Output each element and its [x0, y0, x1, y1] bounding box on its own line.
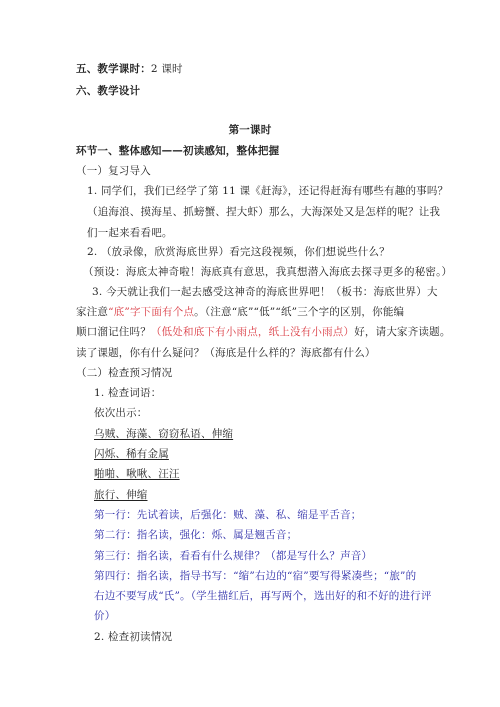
- note-row-2: 第二行：指名读，强化：烁、属是翘舌音；: [94, 528, 297, 542]
- lesson-title: 第一课时: [0, 123, 500, 137]
- paragraph-1-line-3: 们一起来看看吧。: [87, 226, 173, 240]
- note-row-5: 右边不要写成“氏”。（学生描红后，再写两个，选出好的和不好的进行评: [94, 589, 432, 603]
- word-row-1: 乌贼、海藻、窃窃私语、伸缩: [94, 427, 233, 441]
- note-row-3: 第三行：指名读，看看有什么规律？（都是写什么？声音）: [94, 549, 372, 563]
- paragraph-3-line-2: 家注意“底”字下面有个点。（注意“底”“低”“纸”三个字的区别，你能编: [76, 305, 404, 319]
- highlight-red: （低处和底下有小雨点，纸上没有小雨点）: [151, 326, 354, 338]
- part-2-heading: （二）检查预习情况: [76, 366, 172, 380]
- text: 家注意: [76, 306, 108, 318]
- section-6-heading: 六、教学设计: [76, 84, 140, 98]
- note-row-1: 第一行：先试着读，后强化：贼、藻、私、缩是平舌音；: [94, 508, 362, 522]
- paragraph-1-line-1: 1. 同学们，我们已经学了第 11 课《赶海》，还记得赶海有哪些有趣的事吗？: [87, 184, 448, 198]
- paragraph-3-line-1: 3. 今天就让我们一起去感受这神奇的海底世界吧！（板书：海底世界）大: [92, 285, 438, 299]
- item-2-check-reading: 2. 检查初读情况: [94, 630, 172, 644]
- note-row-6: 价）: [94, 609, 115, 623]
- note-row-4: 第四行：指名读，指导书写：“缩”右边的“宿”要写得紧凑些；“旅”的: [94, 569, 416, 583]
- text: 好，请大家齐读题。: [354, 326, 450, 338]
- paragraph-2-line-1: 2. （放录像，欣赏海底世界）看完这段视频，你们想说些什么？: [87, 245, 390, 259]
- paragraph-3-line-4: 读了课题，你有什么疑问？（海底是什么样的？海底都有什么）: [76, 346, 376, 360]
- section-5-class-hours: 五、教学课时：2 课时: [76, 62, 183, 76]
- paragraph-2-line-2: （预设：海底太神奇啦！海底真有意思，我真想潜入海底去探寻更多的秘密。）: [83, 265, 452, 279]
- text: 顺口溜记住吗？: [76, 326, 151, 338]
- part-1-heading: （一）复习导入: [76, 164, 151, 178]
- word-row-2: 闪烁、稀有金属: [94, 447, 169, 461]
- section-5-value: 2 课时: [151, 63, 183, 75]
- paragraph-3-line-3: 顺口溜记住吗？（低处和底下有小雨点，纸上没有小雨点）好，请大家齐读题。: [76, 325, 451, 339]
- paragraph-1-line-2: （追海浪、摸海星、抓螃蟹、捏大虾）那么，大海深处又是怎样的呢？让我: [87, 205, 440, 219]
- step-1-heading: 环节一、整体感知——初读感知，整体把握: [76, 144, 279, 158]
- text: 。（注意“底”“低”“纸”三个字的区别，你能编: [194, 306, 404, 318]
- word-row-4: 旅行、伸缩: [94, 488, 148, 502]
- highlight-red: “底”字下面有个点: [108, 306, 194, 318]
- display-intro: 依次出示：: [94, 406, 148, 420]
- word-row-3: 啪啪、啾啾、汪汪: [94, 467, 180, 481]
- item-1-check-words: 1. 检查词语：: [94, 386, 161, 400]
- section-5-label: 五、教学课时：: [76, 63, 151, 75]
